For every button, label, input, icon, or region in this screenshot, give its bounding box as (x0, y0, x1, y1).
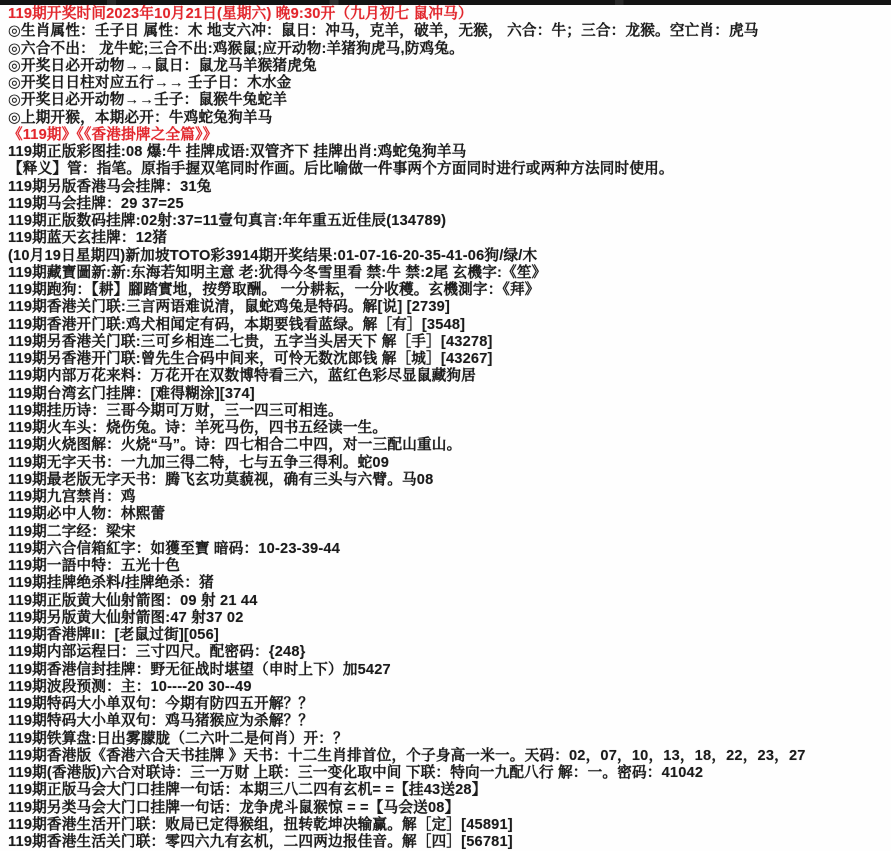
text-line: 119期香港牌II：[老鼠过街][056] (8, 627, 891, 644)
text-line: 119期藏寶圖新:新:东海若知明主意 老:犹得今冬雪里看 禁:牛 禁:2尾 玄機… (8, 265, 891, 282)
text-line: 119期挂牌绝杀料/挂牌绝杀：猪 (8, 575, 891, 592)
header-line: 119期开奖时间2023年10月21日(星期六) 晚9:30开（九月初七 鼠冲马… (8, 6, 891, 23)
text-line: 119期正版数码挂牌:02射:37=11壹句真言:年年重五近佳辰(134789) (8, 213, 891, 230)
text-line: ◎开奖日必开动物→→鼠日：鼠龙马羊猴猪虎兔 (8, 58, 891, 75)
text-line: 119期铁算盘:日出雾朦胧（二六叶二是何肖）开：？ (8, 731, 891, 748)
text-line: ◎开奖日必开动物→→壬子：鼠猴牛兔蛇羊 (8, 92, 891, 109)
text-line: 119期特码大小单双句：今期有防四五开解？？ (8, 696, 891, 713)
text-line: 119期九宫禁肖：鸡 (8, 489, 891, 506)
text-line: 119期台湾玄门挂牌：[难得糊涂][374] (8, 386, 891, 403)
text-line: 119期正版马会大门口挂牌一句话：本期三八二四有玄机= =【挂43送28】 (8, 782, 891, 799)
text-line: 119期挂历诗：三哥今期可万财，三一四三可相连。 (8, 403, 891, 420)
text-line: 119期香港版《香港六合天书挂牌 》天书：十二生肖排首位，个子身高一米一。天码：… (8, 748, 891, 765)
text-line: 119期香港生活开门联：败局已定得猴组，扭转乾坤决输赢。解［定］[45891] (8, 817, 891, 834)
text-line: 119期火烧图解：火烧“马”。诗：四七相合二中四，对一三配山重山。 (8, 437, 891, 454)
text-line: 119期香港开门联:鸡犬相闻定有码，本期要钱看蓝绿。解［有］[3548] (8, 317, 891, 334)
text-line: 119期二字经：梁宋 (8, 524, 891, 541)
text-line: 119期特码大小单双句：鸡马猪猴应为杀解？？ (8, 713, 891, 730)
text-line: 119期一語中特：五光十色 (8, 558, 891, 575)
text-line: 119期波段预测：主：10----20 30--49 (8, 679, 891, 696)
text-line: 119期必中人物：林熙蕾 (8, 506, 891, 523)
text-line: 119期马会挂牌：29 37=25 (8, 196, 891, 213)
text-line: 119期最老版无字天书：腾飞玄功莫藐视，确有三头与六臂。马08 (8, 472, 891, 489)
text-line: 119期另香港开门联:曾先生合码中间来，可怜无数沈郎钱 解［城］[43267] (8, 351, 891, 368)
text-line: ◎开奖日日柱对应五行→→ 壬子日：木水金 (8, 75, 891, 92)
text-line: 119期正版黄大仙射箭图：09 射 21 44 (8, 593, 891, 610)
text-line: 119期内部万花来料：万花开在双数博特看三六，蓝红色彩尽显鼠藏狗居 (8, 368, 891, 385)
text-line: 119期正版彩图挂:08 爆:牛 挂牌成语:双管齐下 挂牌出肖:鸡蛇兔狗羊马 (8, 144, 891, 161)
text-line: 119期无字天书：一九加三得二特，七与五争三得利。蛇09 (8, 455, 891, 472)
text-line: 119期蓝天玄挂牌：12猪 (8, 230, 891, 247)
text-line: 119期另版香港马会挂牌：31兔 (8, 179, 891, 196)
lottery-tips-document: 119期开奖时间2023年10月21日(星期六) 晚9:30开（九月初七 鼠冲马… (0, 0, 891, 851)
text-line: ◎上期开猴，本期必开：牛鸡蛇兔狗羊马 (8, 110, 891, 127)
text-line: 119期另版黄大仙射箭图:47 射37 02 (8, 610, 891, 627)
text-line: 119期香港信封挂牌：野无征战时堪望（申时上下）加5427 (8, 662, 891, 679)
text-line: 119期内部运程曰：三寸四尺。配密码：{248} (8, 644, 891, 661)
text-line: 119期火车头：烧伤兔。诗：羊死马伤，四书五经读一生。 (8, 420, 891, 437)
text-line: 119期跑狗：【耕】腳踏實地，按勞取酬。 一分耕耘，一分收穫。玄機測字：《拜》 (8, 282, 891, 299)
text-line: 119期另香港关门联:三可乡相连二七贵，五字当头居天下 解［手］[43278] (8, 334, 891, 351)
text-line: ◎六合不出： 龙牛蛇;三合不出:鸡猴鼠;应开动物:羊猪狗虎马,防鸡兔。 (8, 41, 891, 58)
text-line: 119期香港生活关门联：零四六九有玄机，二四两边报佳音。解［四］[56781] (8, 834, 891, 851)
text-line: 119期(香港版)六合对联诗：三一万财 上联：三一变化取中间 下联：特向一九配八… (8, 765, 891, 782)
text-line: (10月19日星期四)新加坡TOTO彩3914期开奖结果:01-07-16-20… (8, 248, 891, 265)
text-line: 119期香港关门联:三言两语难说清，鼠蛇鸡兔是特码。解[说] [2739] (8, 299, 891, 316)
text-line: 119期六合信箱紅字：如獲至寶 暗码：10-23-39-44 (8, 541, 891, 558)
text-line: 119期另类马会大门口挂牌一句话：龙争虎斗鼠猴惊 = =【马会送08】 (8, 800, 891, 817)
text-line: 【释义】管：指笔。原指手握双笔同时作画。后比喻做一件事两个方面同时进行或两种方法… (8, 161, 891, 178)
text-line: ◎生肖属性：壬子日 属性：木 地支六冲：鼠日：冲马，克羊，破羊，无猴， 六合：牛… (8, 23, 891, 40)
header-line: 《119期》《《香港掛牌之全篇》》 (8, 127, 891, 144)
text-lines-container: 119期开奖时间2023年10月21日(星期六) 晚9:30开（九月初七 鼠冲马… (0, 5, 891, 851)
